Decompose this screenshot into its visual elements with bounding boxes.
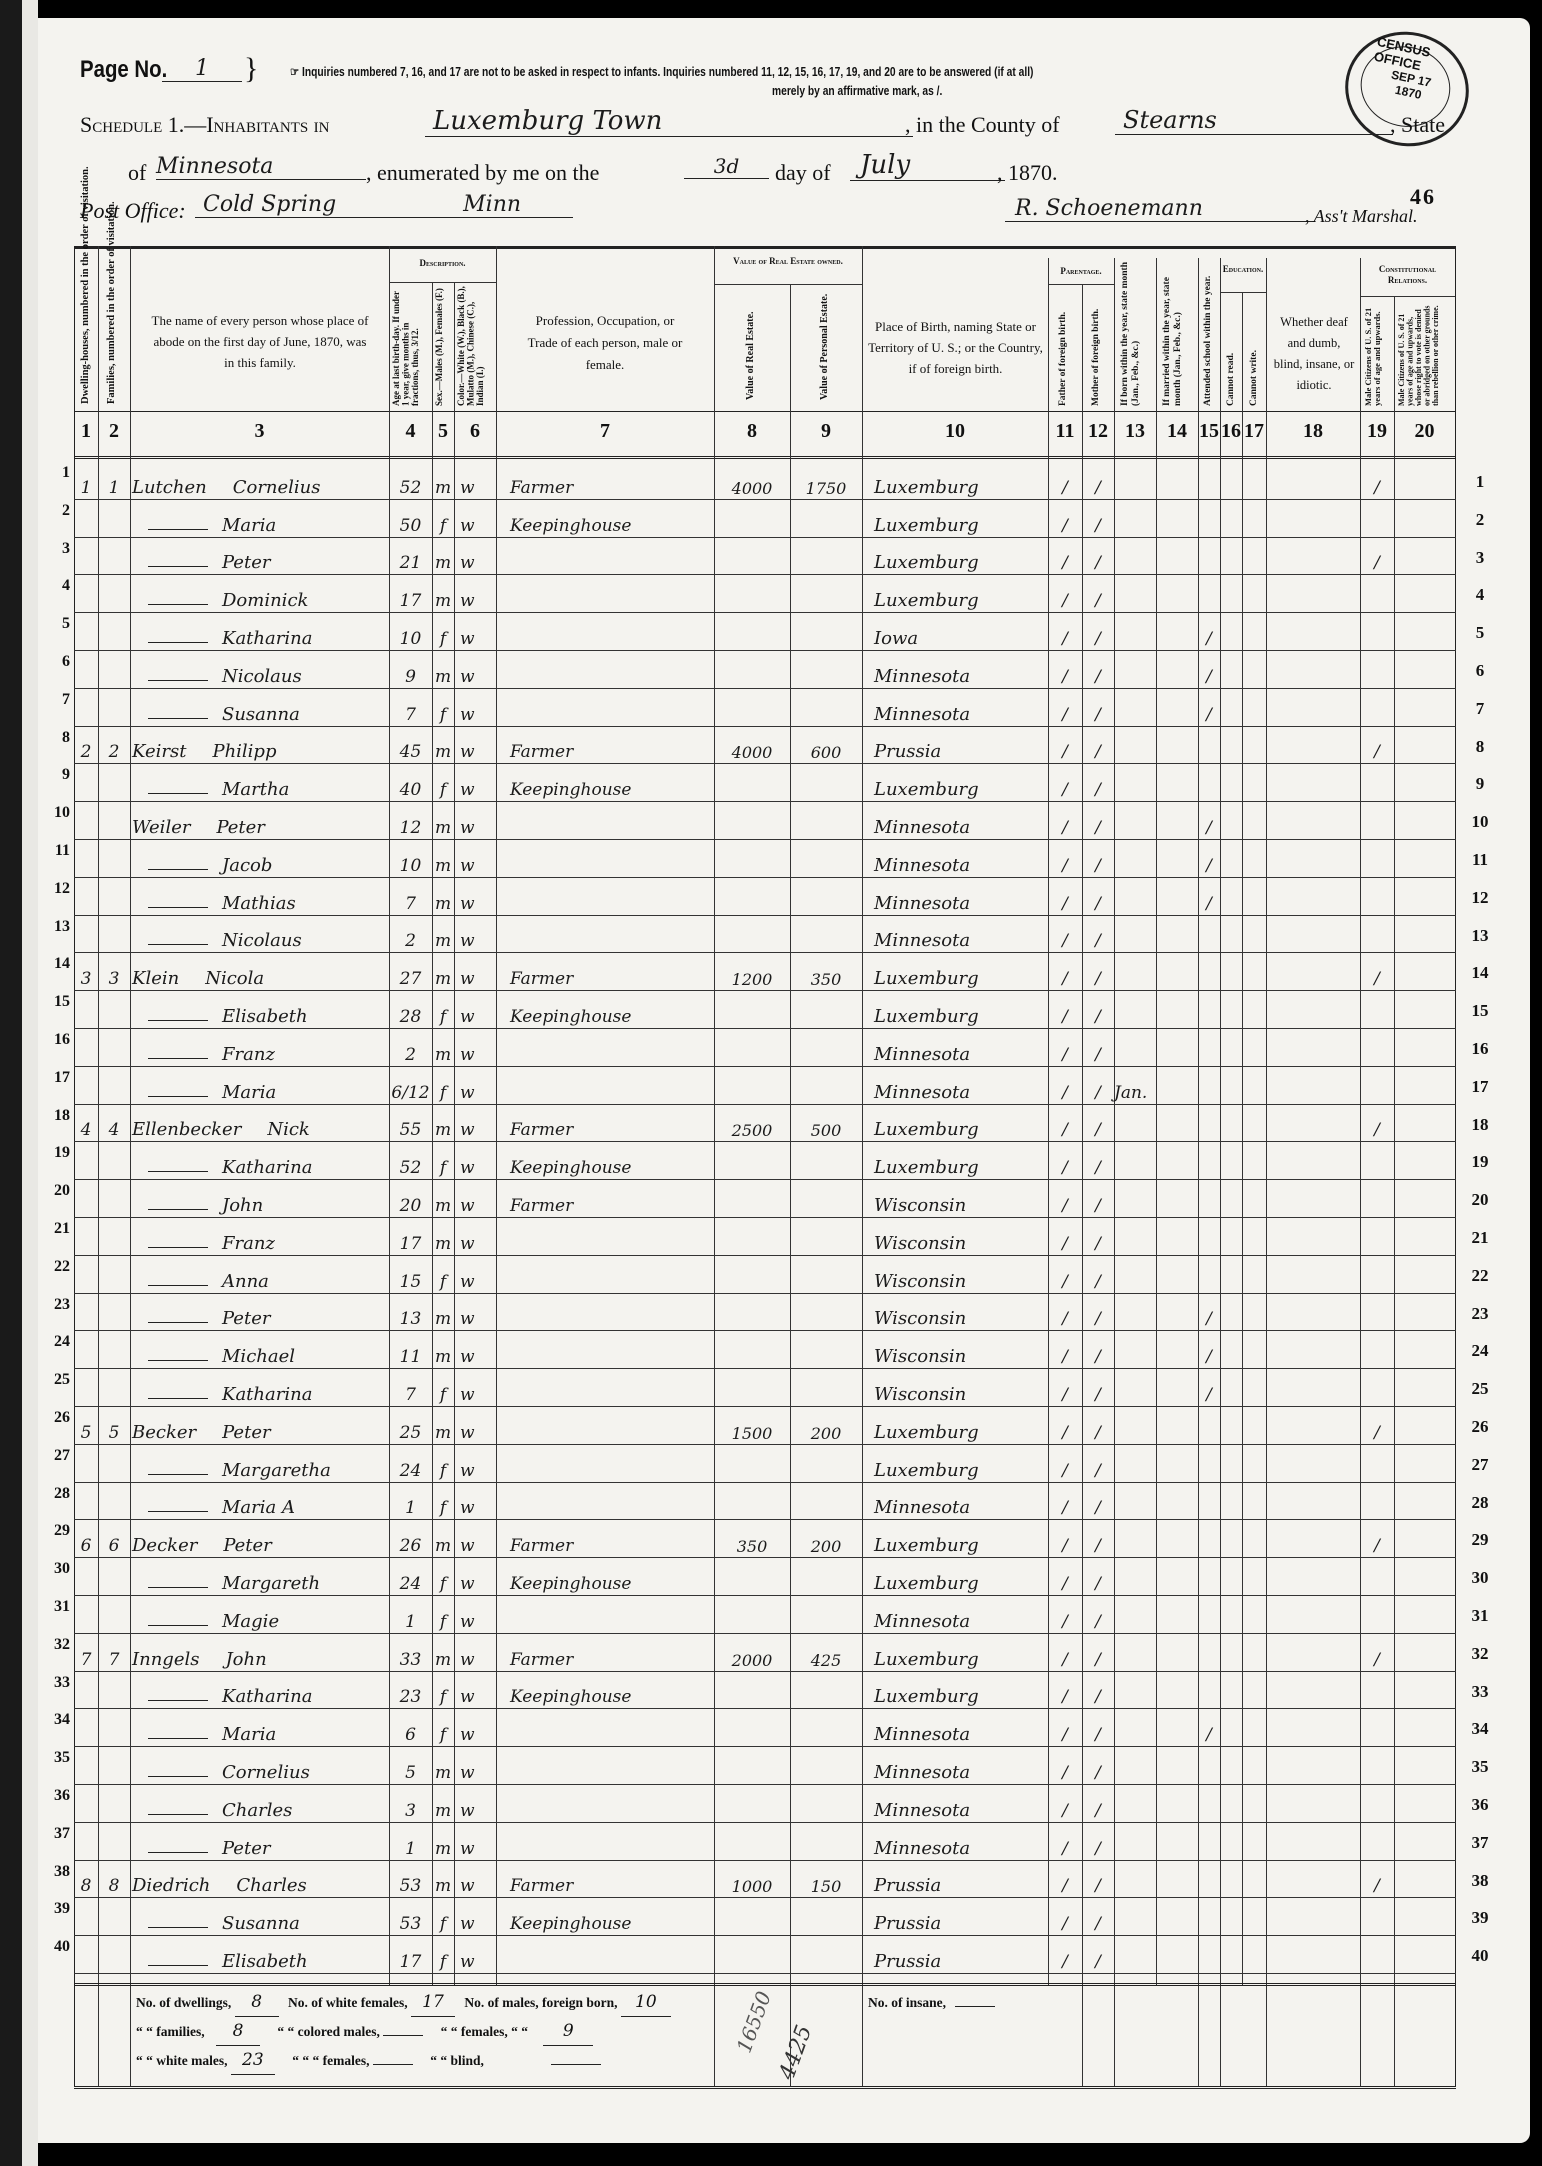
- occupation-cell: Farmer: [496, 727, 714, 765]
- father-foreign-cell: /: [1048, 1785, 1082, 1823]
- name-cell: Maria: [130, 1709, 389, 1747]
- color-cell: w: [454, 575, 496, 613]
- denied-cell: [1394, 727, 1455, 765]
- name-cell: BeckerPeter: [130, 1407, 389, 1445]
- line-number-left: 36: [44, 1787, 70, 1805]
- real-estate-cell: [714, 651, 790, 689]
- school-cell: [1198, 1823, 1220, 1861]
- birthplace-cell: Minnesota: [862, 916, 1048, 954]
- deaf-cell: [1266, 1105, 1360, 1143]
- deaf-cell: [1266, 916, 1360, 954]
- real-estate-cell: [714, 1483, 790, 1521]
- married-month-cell: [1156, 1558, 1198, 1596]
- married-month-cell: [1156, 1067, 1198, 1105]
- table-row: 3636Charles3mwMinnesota//: [0, 1785, 1542, 1823]
- name-cell: Anna: [130, 1256, 389, 1294]
- occupation-cell: Keepinghouse: [496, 1898, 714, 1936]
- color-cell: w: [454, 802, 496, 840]
- occupation-cell: [496, 1445, 714, 1483]
- birthplace-cell: Minnesota: [862, 689, 1048, 727]
- line-number-left: 24: [44, 1333, 70, 1351]
- occupation-cell: Farmer: [496, 1520, 714, 1558]
- married-month-cell: [1156, 1596, 1198, 1634]
- dwelling-cell: [74, 802, 98, 840]
- family-cell: [98, 1709, 130, 1747]
- given-name: Anna: [222, 1271, 269, 1292]
- ditto-dash: [148, 1852, 208, 1853]
- color-cell: w: [454, 651, 496, 689]
- color-cell: w: [454, 1747, 496, 1785]
- header-col-10: Place of Birth, naming State or Territor…: [868, 316, 1043, 379]
- personal-estate-cell: 200: [790, 1407, 862, 1445]
- family-cell: [98, 1180, 130, 1218]
- ditto-dash: [148, 869, 208, 870]
- table-row: 2222Anna15fwWisconsin//: [0, 1256, 1542, 1294]
- family-cell: [98, 1785, 130, 1823]
- deaf-cell: [1266, 1483, 1360, 1521]
- name-cell: Maria: [130, 1067, 389, 1105]
- mother-foreign-cell: /: [1082, 1483, 1114, 1521]
- sex-cell: m: [432, 1785, 454, 1823]
- family-cell: 1: [98, 462, 130, 500]
- married-month-cell: [1156, 575, 1198, 613]
- father-foreign-cell: /: [1048, 916, 1082, 954]
- line-number-left: 17: [44, 1069, 70, 1087]
- given-name: Katharina: [222, 1384, 312, 1405]
- birthplace-cell: Wisconsin: [862, 1294, 1048, 1332]
- color-cell: w: [454, 1634, 496, 1672]
- school-cell: /: [1198, 1369, 1220, 1407]
- cannot-write-cell: [1242, 1520, 1266, 1558]
- given-name: Peter: [216, 817, 264, 838]
- occupation-cell: Farmer: [496, 1634, 714, 1672]
- born-month-cell: [1114, 1105, 1156, 1143]
- line-number-right: 28: [1462, 1493, 1498, 1513]
- married-month-cell: [1156, 1672, 1198, 1710]
- personal-estate-cell: [790, 1823, 862, 1861]
- family-cell: [98, 613, 130, 651]
- family-cell: [98, 764, 130, 802]
- age-cell: 1: [389, 1823, 432, 1861]
- married-month-cell: [1156, 538, 1198, 576]
- mother-foreign-cell: /: [1082, 1369, 1114, 1407]
- ditto-dash: [148, 1247, 208, 1248]
- line-number-right: 10: [1462, 812, 1498, 832]
- col-number: 1: [74, 420, 98, 443]
- sex-cell: f: [432, 1709, 454, 1747]
- married-month-cell: [1156, 1898, 1198, 1936]
- real-estate-cell: 4000: [714, 462, 790, 500]
- denied-cell: [1394, 689, 1455, 727]
- col-number: 12: [1082, 420, 1114, 443]
- denied-cell: [1394, 1520, 1455, 1558]
- family-cell: [98, 916, 130, 954]
- cannot-read-cell: [1220, 1898, 1242, 1936]
- given-name: Nick: [267, 1119, 310, 1140]
- family-cell: [98, 1029, 130, 1067]
- denied-cell: [1394, 1105, 1455, 1143]
- father-foreign-cell: /: [1048, 1256, 1082, 1294]
- given-name: Elisabeth: [222, 1951, 308, 1972]
- mother-foreign-cell: /: [1082, 462, 1114, 500]
- school-cell: [1198, 1180, 1220, 1218]
- family-cell: [98, 1672, 130, 1710]
- group-rule: [1220, 292, 1266, 293]
- color-cell: w: [454, 500, 496, 538]
- dwellings-count: 8: [235, 1988, 279, 2017]
- white-males-count: 23: [231, 2046, 275, 2075]
- personal-estate-cell: [790, 651, 862, 689]
- line-number-left: 20: [44, 1182, 70, 1200]
- summary-bottom-rule: [74, 2086, 1456, 2089]
- deaf-cell: [1266, 1596, 1360, 1634]
- cannot-read-cell: [1220, 1634, 1242, 1672]
- mother-foreign-cell: /: [1082, 878, 1114, 916]
- dwelling-cell: [74, 500, 98, 538]
- color-cell: w: [454, 1369, 496, 1407]
- given-name: Cornelius: [222, 1762, 310, 1783]
- ditto-dash: [148, 1587, 208, 1588]
- name-cell: Peter: [130, 1294, 389, 1332]
- table-row: 22Maria50fwKeepinghouseLuxemburg//: [0, 500, 1542, 538]
- citizen-cell: [1360, 1823, 1394, 1861]
- school-cell: [1198, 575, 1220, 613]
- citizen-cell: [1360, 802, 1394, 840]
- color-cell: w: [454, 1823, 496, 1861]
- group-rule: [1360, 296, 1455, 297]
- table-row: 383888DiedrichCharles53mwFarmer1000150Pr…: [0, 1861, 1542, 1899]
- age-cell: 53: [389, 1861, 432, 1899]
- header-col-6: Color.—White (W.), Black (B.), Mulatto (…: [457, 286, 493, 406]
- occupation-cell: [496, 1596, 714, 1634]
- name-cell: KeirstPhilipp: [130, 727, 389, 765]
- name-cell: Jacob: [130, 840, 389, 878]
- school-cell: [1198, 1634, 1220, 1672]
- line-number-left: 16: [44, 1031, 70, 1049]
- citizen-cell: [1360, 1747, 1394, 1785]
- occupation-cell: [496, 802, 714, 840]
- mother-foreign-cell: /: [1082, 1558, 1114, 1596]
- cannot-write-cell: [1242, 1672, 1266, 1710]
- sex-cell: m: [432, 802, 454, 840]
- father-foreign-cell: /: [1048, 878, 1082, 916]
- citizen-cell: [1360, 1029, 1394, 1067]
- line-number-right: 15: [1462, 1001, 1498, 1021]
- born-month-cell: [1114, 689, 1156, 727]
- age-cell: 7: [389, 1369, 432, 1407]
- denied-cell: [1394, 1029, 1455, 1067]
- born-month-cell: [1114, 1785, 1156, 1823]
- cannot-read-cell: [1220, 1256, 1242, 1294]
- dwelling-cell: 3: [74, 953, 98, 991]
- color-cell: w: [454, 1256, 496, 1294]
- color-cell: w: [454, 1558, 496, 1596]
- age-cell: 17: [389, 575, 432, 613]
- occupation-cell: [496, 651, 714, 689]
- citizen-cell: [1360, 1898, 1394, 1936]
- denied-cell: [1394, 1180, 1455, 1218]
- sex-cell: m: [432, 1029, 454, 1067]
- age-cell: 10: [389, 840, 432, 878]
- table-row: 181844EllenbeckerNick55mwFarmer2500500Lu…: [0, 1105, 1542, 1143]
- deaf-cell: [1266, 500, 1360, 538]
- personal-estate-cell: [790, 1709, 862, 1747]
- citizen-cell: [1360, 1936, 1394, 1974]
- line-number-right: 35: [1462, 1757, 1498, 1777]
- table-row: 292966DeckerPeter26mwFarmer350200Luxembu…: [0, 1520, 1542, 1558]
- father-foreign-cell: /: [1048, 1369, 1082, 1407]
- father-foreign-cell: /: [1048, 1180, 1082, 1218]
- ditto-dash: [148, 1700, 208, 1701]
- color-cell: w: [454, 1407, 496, 1445]
- married-month-cell: [1156, 613, 1198, 651]
- dwelling-cell: 2: [74, 727, 98, 765]
- ditto-dash: [148, 793, 208, 794]
- cannot-read-cell: [1220, 1520, 1242, 1558]
- personal-estate-cell: [790, 991, 862, 1029]
- given-name: Margaretha: [222, 1460, 331, 1481]
- denied-cell: [1394, 1747, 1455, 1785]
- mother-foreign-cell: /: [1082, 1747, 1114, 1785]
- sex-cell: m: [432, 1823, 454, 1861]
- school-cell: [1198, 1445, 1220, 1483]
- birthplace-cell: Iowa: [862, 613, 1048, 651]
- name-cell: WeilerPeter: [130, 802, 389, 840]
- ditto-dash: [148, 1625, 208, 1626]
- col-number: 17: [1242, 420, 1266, 443]
- ditto-dash: [148, 604, 208, 605]
- school-cell: [1198, 462, 1220, 500]
- occupation-cell: Keepinghouse: [496, 500, 714, 538]
- line-number-left: 29: [44, 1522, 70, 1540]
- father-foreign-cell: /: [1048, 651, 1082, 689]
- denied-cell: [1394, 651, 1455, 689]
- real-estate-cell: [714, 1898, 790, 1936]
- given-name: Nicolaus: [222, 666, 302, 687]
- color-cell: w: [454, 1105, 496, 1143]
- personal-estate-cell: [790, 1445, 862, 1483]
- family-cell: [98, 1823, 130, 1861]
- denied-cell: [1394, 1369, 1455, 1407]
- age-cell: 1: [389, 1483, 432, 1521]
- col-number: 2: [98, 420, 130, 443]
- line-number-left: 38: [44, 1863, 70, 1881]
- mother-foreign-cell: /: [1082, 651, 1114, 689]
- father-foreign-cell: /: [1048, 575, 1082, 613]
- notice-line-1: ☞ Inquiries numbered 7, 16, and 17 are n…: [290, 64, 1258, 79]
- deaf-cell: [1266, 1294, 1360, 1332]
- personal-estate-cell: [790, 802, 862, 840]
- personal-estate-cell: [790, 689, 862, 727]
- line-number-left: 28: [44, 1485, 70, 1503]
- sex-cell: f: [432, 1142, 454, 1180]
- line-number-left: 30: [44, 1560, 70, 1578]
- real-estate-cell: [714, 538, 790, 576]
- personal-estate-cell: [790, 764, 862, 802]
- given-name: Peter: [222, 1308, 270, 1329]
- father-foreign-cell: /: [1048, 840, 1082, 878]
- age-cell: 23: [389, 1672, 432, 1710]
- citizen-cell: /: [1360, 727, 1394, 765]
- age-cell: 2: [389, 1029, 432, 1067]
- school-cell: [1198, 1105, 1220, 1143]
- married-month-cell: [1156, 1785, 1198, 1823]
- family-cell: 4: [98, 1105, 130, 1143]
- line-number-right: 1: [1462, 472, 1498, 492]
- header-col-1: Dwelling-houses, numbered in the order o…: [80, 252, 91, 404]
- col-number: 9: [790, 420, 862, 443]
- given-name: Katharina: [222, 1157, 312, 1178]
- personal-estate-cell: [790, 613, 862, 651]
- occupation-cell: Farmer: [496, 953, 714, 991]
- color-cell: w: [454, 878, 496, 916]
- father-foreign-cell: /: [1048, 1936, 1082, 1974]
- header-col-3: The name of every person whose place of …: [150, 310, 370, 373]
- header-col-12: Mother of foreign birth.: [1091, 288, 1102, 406]
- mother-foreign-cell: /: [1082, 1709, 1114, 1747]
- citizen-cell: [1360, 500, 1394, 538]
- color-cell: w: [454, 1294, 496, 1332]
- school-cell: [1198, 1142, 1220, 1180]
- line-number-left: 37: [44, 1825, 70, 1843]
- personal-estate-cell: [790, 1369, 862, 1407]
- age-cell: 21: [389, 538, 432, 576]
- given-name: Cornelius: [233, 477, 321, 498]
- line-number-right: 32: [1462, 1644, 1498, 1664]
- born-month-cell: [1114, 1256, 1156, 1294]
- occupation-cell: [496, 1029, 714, 1067]
- sex-cell: m: [432, 1520, 454, 1558]
- denied-cell: [1394, 613, 1455, 651]
- cannot-write-cell: [1242, 1294, 1266, 1332]
- cannot-write-cell: [1242, 953, 1266, 991]
- given-name: Magie: [222, 1611, 279, 1632]
- day-of-label: day of: [775, 160, 831, 186]
- insane-count: [955, 2006, 995, 2007]
- born-month-cell: [1114, 1218, 1156, 1256]
- personal-estate-cell: [790, 1596, 862, 1634]
- given-name: Peter: [222, 1838, 270, 1859]
- name-cell: Katharina: [130, 1672, 389, 1710]
- dwelling-cell: 8: [74, 1861, 98, 1899]
- school-cell: [1198, 953, 1220, 991]
- family-cell: [98, 689, 130, 727]
- ditto-dash: [148, 1058, 208, 1059]
- father-foreign-cell: /: [1048, 1520, 1082, 1558]
- married-month-cell: [1156, 1029, 1198, 1067]
- name-cell: Magie: [130, 1596, 389, 1634]
- family-cell: [98, 575, 130, 613]
- cannot-write-cell: [1242, 1709, 1266, 1747]
- married-month-cell: [1156, 840, 1198, 878]
- line-number-left: 21: [44, 1220, 70, 1238]
- married-month-cell: [1156, 916, 1198, 954]
- mother-foreign-cell: /: [1082, 1861, 1114, 1899]
- of-label: of: [128, 160, 146, 186]
- color-cell: w: [454, 1936, 496, 1974]
- group-rule: [1048, 284, 1114, 285]
- real-estate-cell: [714, 613, 790, 651]
- name-cell: Susanna: [130, 689, 389, 727]
- cannot-read-cell: [1220, 1445, 1242, 1483]
- ditto-dash: [148, 529, 208, 530]
- school-cell: [1198, 727, 1220, 765]
- table-row: 1111LutchenCornelius52mwFarmer40001750Lu…: [0, 462, 1542, 500]
- real-estate-cell: [714, 1294, 790, 1332]
- post-office-field: Cold Spring Minn: [195, 192, 573, 218]
- dwelling-cell: [74, 1180, 98, 1218]
- sex-cell: m: [432, 1294, 454, 1332]
- dwelling-cell: [74, 878, 98, 916]
- mother-foreign-cell: /: [1082, 991, 1114, 1029]
- ditto-dash: [148, 566, 208, 567]
- birthplace-cell: Luxemburg: [862, 1634, 1048, 1672]
- cannot-write-cell: [1242, 1823, 1266, 1861]
- line-number-left: 6: [44, 653, 70, 671]
- color-cell: w: [454, 1180, 496, 1218]
- birthplace-cell: Minnesota: [862, 802, 1048, 840]
- married-month-cell: [1156, 953, 1198, 991]
- born-month-cell: [1114, 1483, 1156, 1521]
- school-cell: [1198, 1067, 1220, 1105]
- family-cell: [98, 1256, 130, 1294]
- mother-foreign-cell: /: [1082, 538, 1114, 576]
- name-cell: Maria: [130, 500, 389, 538]
- table-row: 323277InngelsJohn33mwFarmer2000425Luxemb…: [0, 1634, 1542, 1672]
- color-cell: w: [454, 1520, 496, 1558]
- real-estate-cell: [714, 1558, 790, 1596]
- married-month-cell: [1156, 1823, 1198, 1861]
- line-number-left: 10: [44, 804, 70, 822]
- color-cell: w: [454, 1067, 496, 1105]
- brace-glyph: }: [244, 52, 258, 86]
- deaf-cell: [1266, 1936, 1360, 1974]
- denied-cell: [1394, 575, 1455, 613]
- born-month-cell: [1114, 1898, 1156, 1936]
- ditto-dash: [148, 1360, 208, 1361]
- personal-estate-cell: [790, 500, 862, 538]
- deaf-cell: [1266, 689, 1360, 727]
- deaf-cell: [1266, 727, 1360, 765]
- table-row: 1515Elisabeth28fwKeepinghouseLuxemburg//: [0, 991, 1542, 1029]
- ditto-dash: [148, 1398, 208, 1399]
- line-number-right: 13: [1462, 926, 1498, 946]
- deaf-cell: [1266, 462, 1360, 500]
- family-cell: [98, 1445, 130, 1483]
- deaf-cell: [1266, 651, 1360, 689]
- age-cell: 20: [389, 1180, 432, 1218]
- real-estate-cell: [714, 1067, 790, 1105]
- ditto-dash: [148, 1171, 208, 1172]
- citizen-cell: [1360, 1558, 1394, 1596]
- line-number-right: 30: [1462, 1568, 1498, 1588]
- birthplace-cell: Minnesota: [862, 1785, 1048, 1823]
- birthplace-cell: Luxemburg: [862, 1558, 1048, 1596]
- born-month-cell: [1114, 764, 1156, 802]
- place-field: Luxemburg Town: [425, 106, 913, 137]
- real-estate-cell: 1500: [714, 1407, 790, 1445]
- school-cell: /: [1198, 840, 1220, 878]
- post-office-label: Post Office:: [80, 198, 186, 224]
- cannot-read-cell: [1220, 1142, 1242, 1180]
- deaf-cell: [1266, 1331, 1360, 1369]
- school-cell: /: [1198, 1294, 1220, 1332]
- birthplace-cell: Luxemburg: [862, 953, 1048, 991]
- given-name: Maria: [222, 515, 276, 536]
- name-cell: Peter: [130, 538, 389, 576]
- given-name: Nicolaus: [222, 930, 302, 951]
- citizen-cell: [1360, 1785, 1394, 1823]
